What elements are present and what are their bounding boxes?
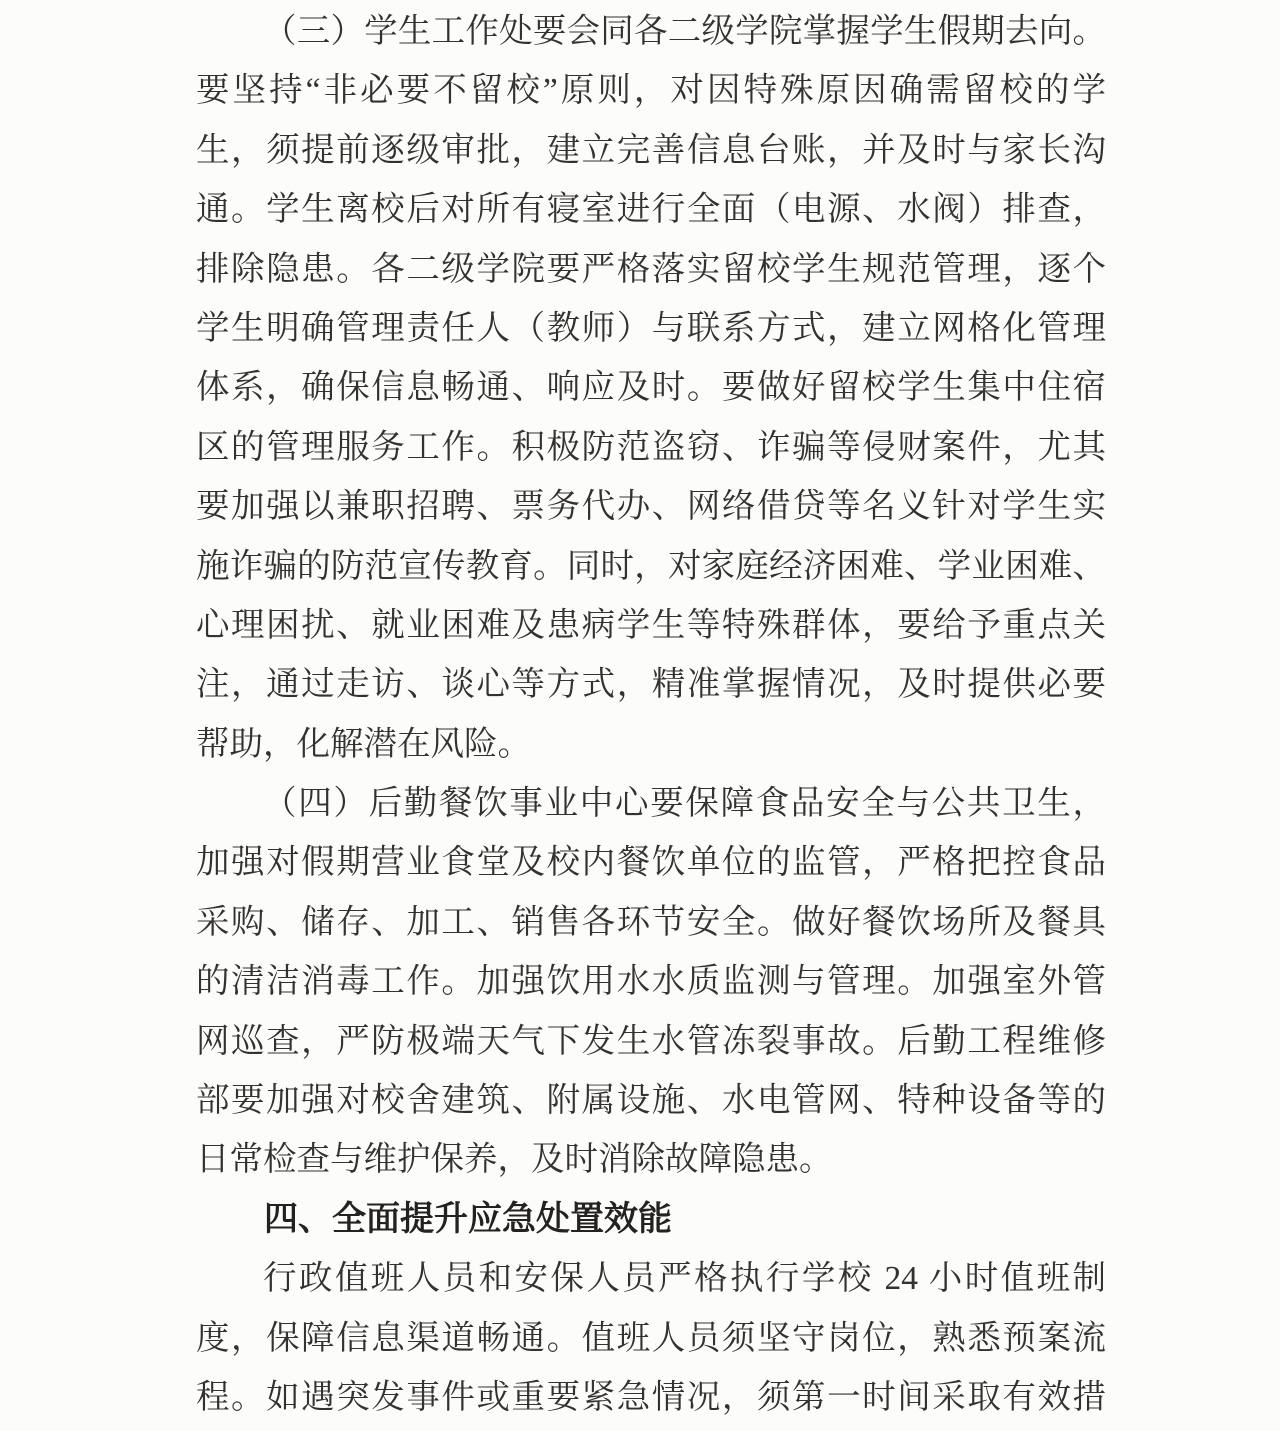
text-line: 体系，确保信息畅通、响应及时。要做好留校学生集中住宿: [196, 358, 1106, 417]
paragraph-duty: 行政值班人员和安保人员严格执行学校 24 小时值班制 度，保障信息渠道畅通。值班…: [196, 1249, 1106, 1427]
text-line: 区的管理服务工作。积极防范盗窃、诈骗等侵财案件，尤其: [196, 418, 1106, 477]
text-line: 行政值班人员和安保人员严格执行学校 24 小时值班制: [196, 1249, 1106, 1308]
text-line: （四）后勤餐饮事业中心要保障食品安全与公共卫生，: [196, 774, 1106, 833]
text-line: 度，保障信息渠道畅通。值班人员须坚守岗位，熟悉预案流: [196, 1309, 1106, 1368]
text-line: 帮助，化解潜在风险。: [196, 715, 1106, 774]
section-heading: 四、全面提升应急处置效能: [196, 1190, 1106, 1249]
text-line: （三）学生工作处要会同各二级学院掌握学生假期去向。: [196, 2, 1106, 61]
text-line: 要加强以兼职招聘、票务代办、网络借贷等名义针对学生实: [196, 477, 1106, 536]
text-line: 排除隐患。各二级学院要严格落实留校学生规范管理，逐个: [196, 240, 1106, 299]
text-line: 施诈骗的防范宣传教育。同时，对家庭经济困难、学业困难、: [196, 537, 1106, 596]
text-line: 通。学生离校后对所有寝室进行全面（电源、水阀）排查，: [196, 180, 1106, 239]
text-line: 日常检查与维护保养，及时消除故障隐患。: [196, 1130, 1106, 1189]
text-line: 学生明确管理责任人（教师）与联系方式，建立网格化管理: [196, 299, 1106, 358]
text-line: 注，通过走访、谈心等方式，精准掌握情况，及时提供必要: [196, 655, 1106, 714]
paragraph-students: （三）学生工作处要会同各二级学院掌握学生假期去向。 要坚持“非必要不留校”原则，…: [196, 2, 1106, 774]
text-line: 采购、储存、加工、销售各环节安全。做好餐饮场所及餐具: [196, 893, 1106, 952]
text-line: 程。如遇突发事件或重要紧急情况，须第一时间采取有效措: [196, 1368, 1106, 1427]
text-line: 生，须提前逐级审批，建立完善信息台账，并及时与家长沟: [196, 121, 1106, 180]
text-line: 要坚持“非必要不留校”原则，对因特殊原因确需留校的学: [196, 61, 1106, 120]
text-line: 加强对假期营业食堂及校内餐饮单位的监管，严格把控食品: [196, 833, 1106, 892]
text-line: 网巡查，严防极端天气下发生水管冻裂事故。后勤工程维修: [196, 1012, 1106, 1071]
paragraph-catering: （四）后勤餐饮事业中心要保障食品安全与公共卫生， 加强对假期营业食堂及校内餐饮单…: [196, 774, 1106, 1190]
text-line: 的清洁消毒工作。加强饮用水水质监测与管理。加强室外管: [196, 952, 1106, 1011]
text-line: 部要加强对校舍建筑、附属设施、水电管网、特种设备等的: [196, 1071, 1106, 1130]
document-page: （三）学生工作处要会同各二级学院掌握学生假期去向。 要坚持“非必要不留校”原则，…: [0, 0, 1280, 1431]
text-line: 心理困扰、就业困难及患病学生等特殊群体，要给予重点关: [196, 596, 1106, 655]
